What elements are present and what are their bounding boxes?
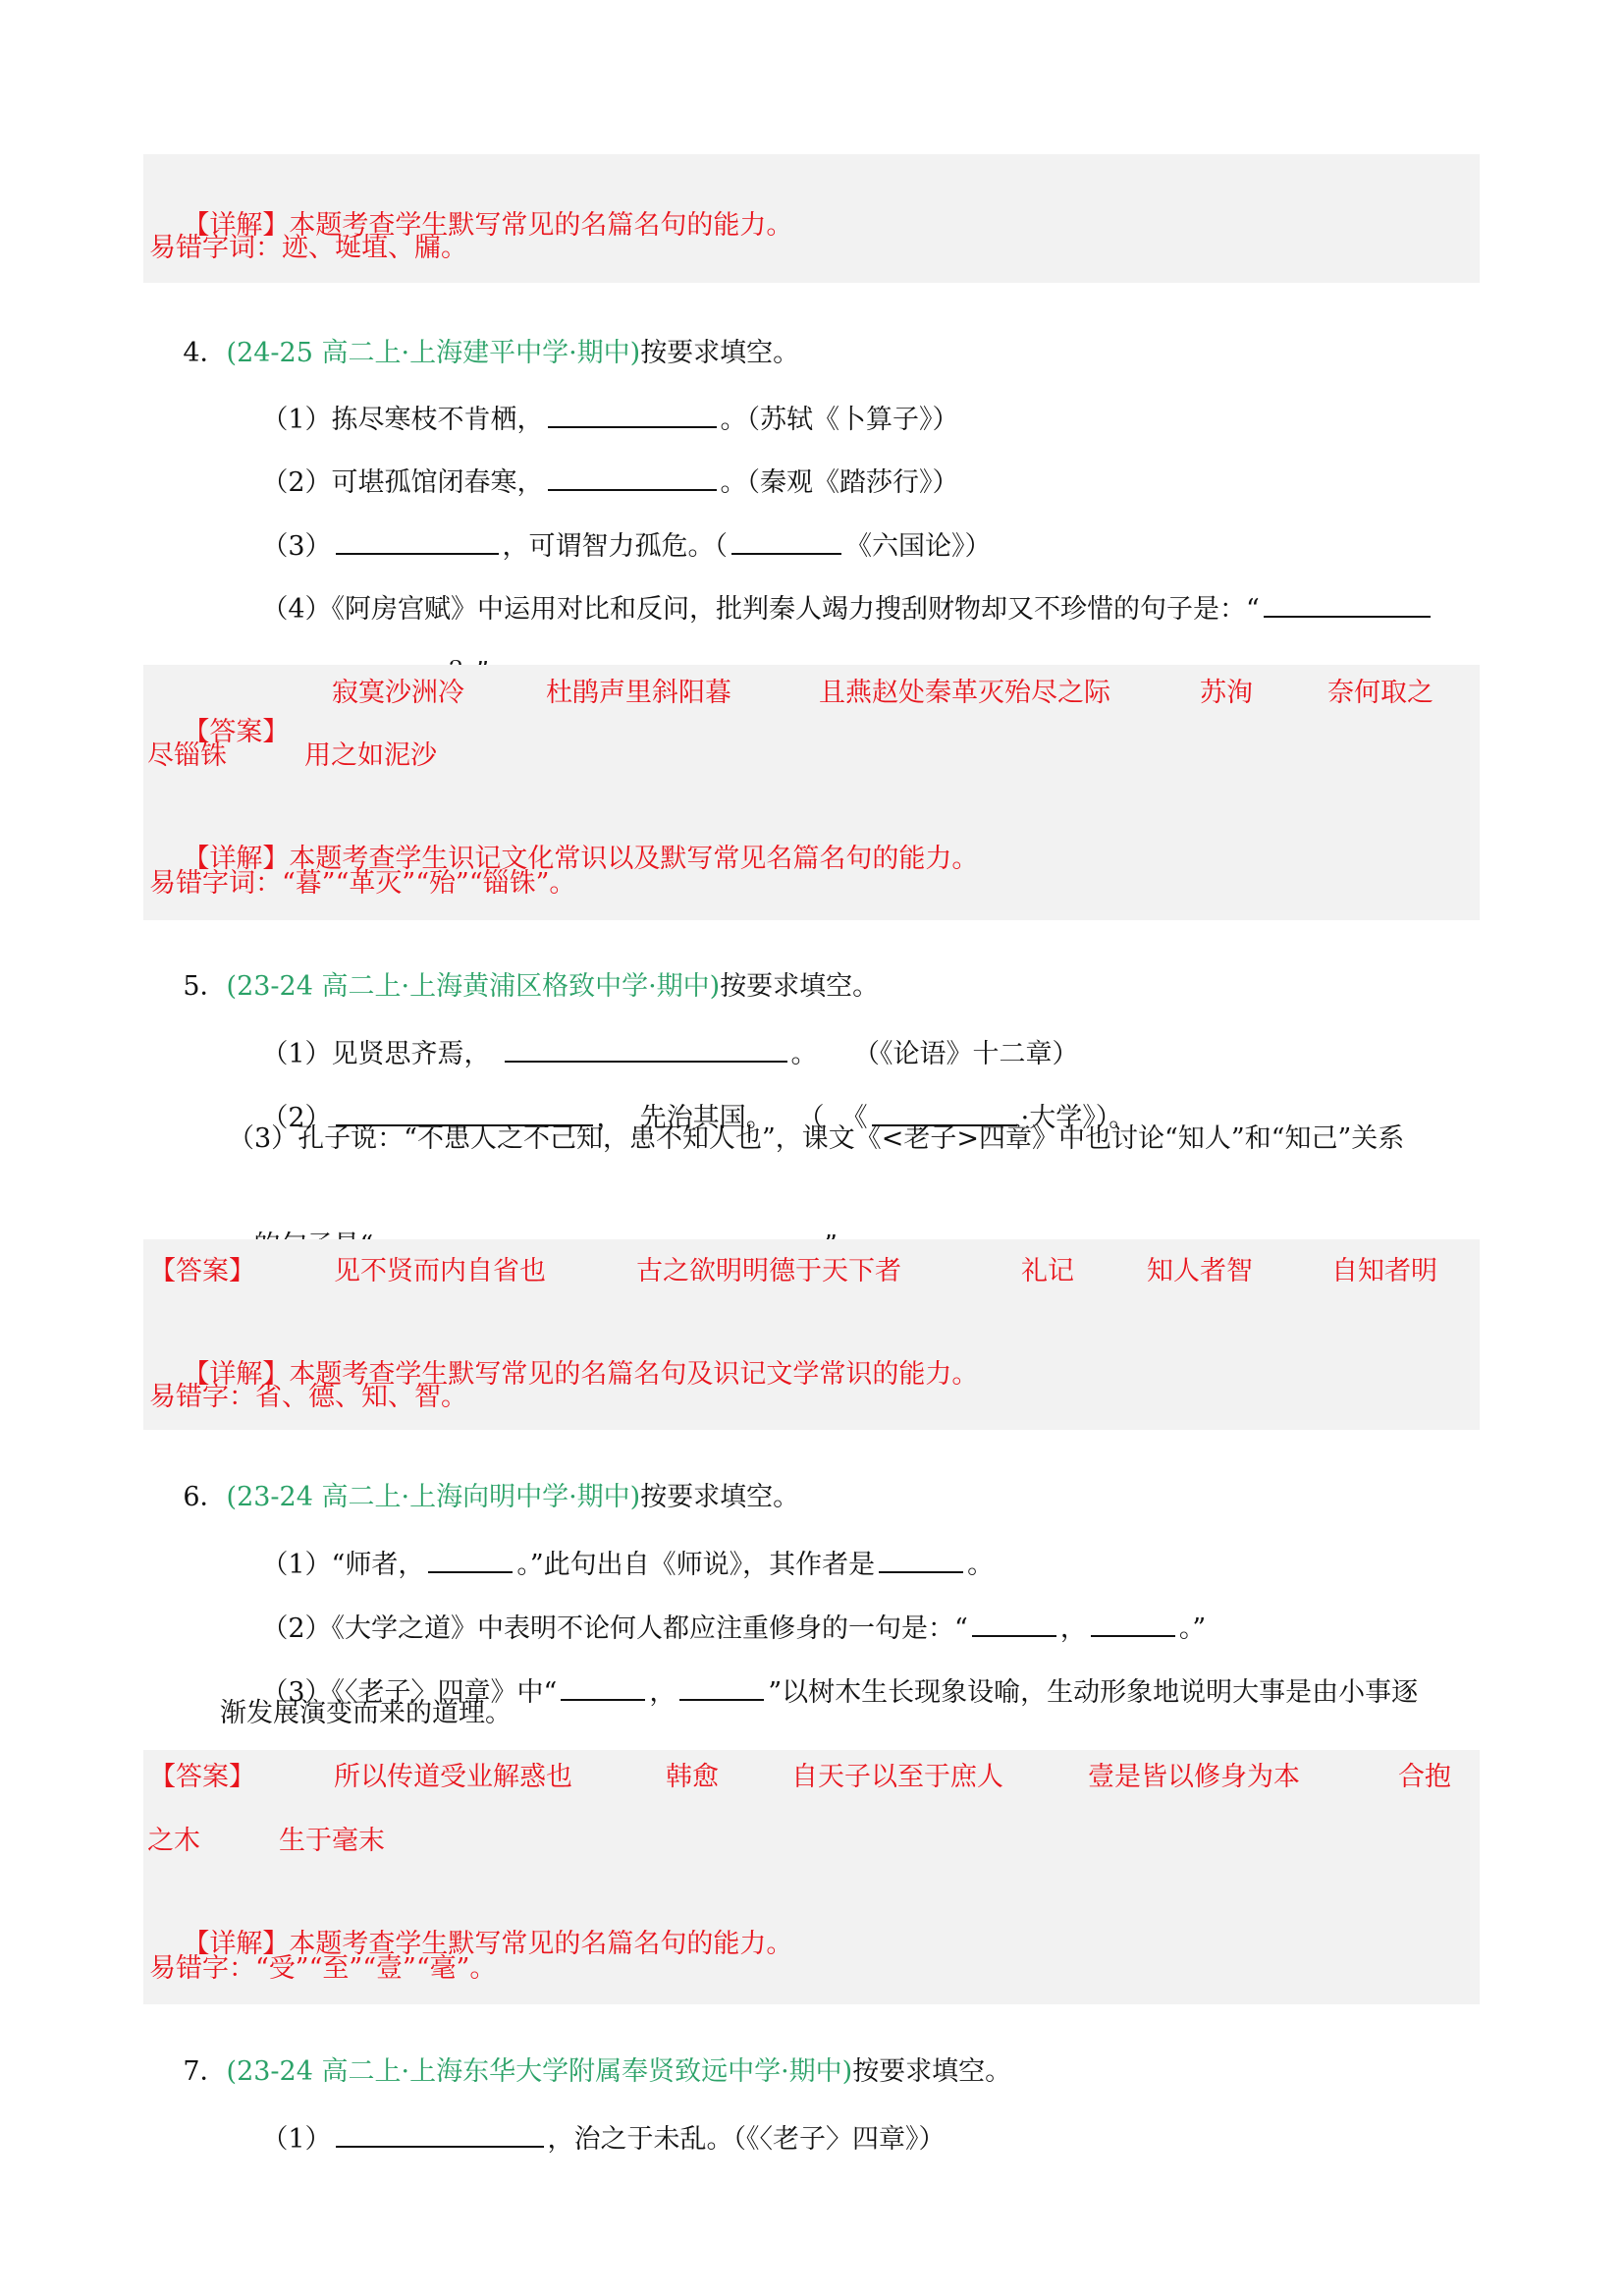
answer-item: 礼记: [1021, 1252, 1074, 1291]
answer-item: 苏洵: [1200, 674, 1253, 713]
answer-item: 生于毫末: [279, 1822, 385, 1861]
answer-item: 见不贤而内自省也: [334, 1252, 546, 1291]
q6-item-3: （3）《〈老子〉四章》中“，”以树木生长现象设喻，生动形象地说明大事是由小事逐: [228, 1630, 1418, 1752]
errors-line-q6: 易错字：“受”“至”“壹”“毫”。: [149, 1949, 496, 1989]
q5-item-2: （2）， 先治其国。 （ 《·大学》）。: [228, 1056, 1135, 1177]
question-number: 6．: [183, 1482, 226, 1512]
q6-item-3-cont: 渐发展演变而来的道理。: [220, 1694, 512, 1733]
q7-item-1: （1），治之于未乱。（《〈老子〉四章》）: [228, 2077, 946, 2199]
answer-item: 寂寞沙洲冷: [332, 674, 464, 713]
answer-item: 所以传道受业解惑也: [334, 1758, 572, 1797]
answer-item: 之木: [147, 1822, 200, 1861]
document-page: 【详解】本题考查学生默写常见的名篇名句的能力。 易错字词：迹、埏埴、牖。 4．(…: [0, 0, 1623, 2296]
answer-item: 壹是皆以修身为本: [1088, 1758, 1300, 1797]
q5-item-3: （3）孔子说：“不患人之不己知，患不知人也”，课文《<老子>四章》中也讨论“知人…: [228, 1120, 1404, 1159]
errors-line-q5: 易错字：省、德、知、智。: [149, 1378, 467, 1417]
answer-label: 【答案】: [149, 1252, 255, 1291]
answer-item: 且燕赵处秦革灭殆尽之际: [819, 674, 1110, 713]
answer-item: 知人者智: [1147, 1252, 1253, 1291]
answer-item: 杜鹃声里斜阳暮: [546, 674, 731, 713]
question-number: 5．: [183, 971, 226, 1002]
question-number: 4．: [183, 338, 226, 368]
answer-blank[interactable]: [561, 1669, 645, 1701]
answer-item: 自天子以至于庶人: [791, 1758, 1003, 1797]
answer-item: 韩愈: [666, 1758, 719, 1797]
answer-blank[interactable]: [679, 1669, 764, 1701]
answer-item: 尽锱铢: [147, 737, 227, 776]
answer-item: 用之如泥沙: [304, 737, 437, 776]
answer-label: 【答案】: [149, 1758, 255, 1797]
answer-blank[interactable]: [336, 2116, 544, 2148]
item-text: ，治之于未乱。（《〈老子〉四章》）: [548, 2124, 946, 2155]
item-text: ”以树木生长现象设喻，生动形象地说明大事是由小事逐: [768, 1677, 1418, 1708]
item-text: ，: [649, 1677, 676, 1708]
answer-item: 自知者明: [1331, 1252, 1437, 1291]
errors-line-q4: 易错字词：“暮”“革灭”“殆”“锱铢”。: [149, 864, 575, 903]
item-text: （1）: [261, 2124, 331, 2155]
errors-line-q3: 易错字词：迹、埏埴、牖。: [149, 229, 467, 268]
answer-item: 奈何取之: [1327, 674, 1434, 713]
answer-blank[interactable]: [1264, 586, 1431, 618]
question-number: 7．: [183, 2056, 226, 2087]
answer-item: 合抱: [1398, 1758, 1451, 1797]
answer-item: 古之欲明明德于天下者: [636, 1252, 901, 1291]
